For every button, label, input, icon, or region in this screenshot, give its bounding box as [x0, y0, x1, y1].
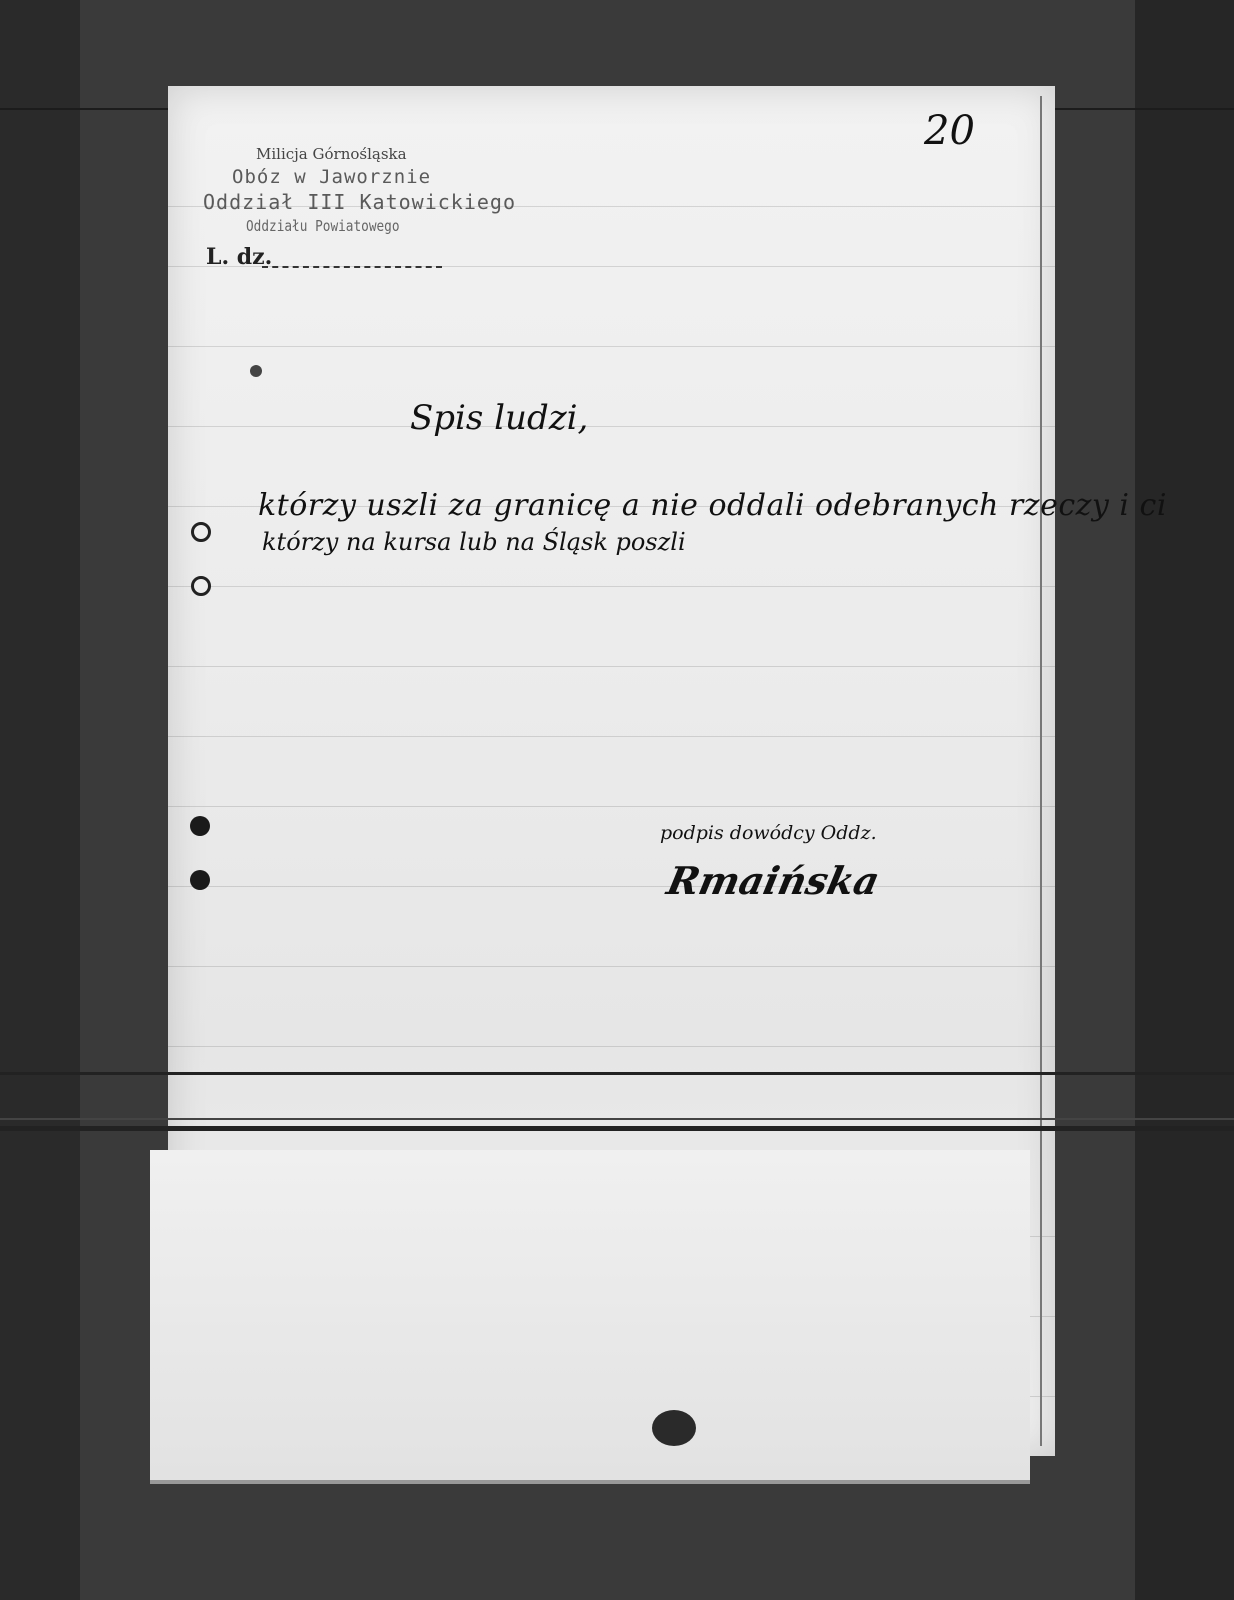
punch-hole-icon — [191, 522, 211, 542]
scan-artifact-band — [0, 1118, 1234, 1120]
page-margin-line — [1040, 96, 1042, 1446]
scan-artifact-band — [0, 1126, 1234, 1131]
stamp-line-4: Oddziału Powiatowego — [246, 217, 400, 235]
signature: Rmaińska — [663, 858, 883, 903]
document-title: Spis ludzi, — [410, 398, 588, 438]
punch-hole-icon — [191, 576, 211, 596]
stamp-line-3: Oddział III Katowickiego — [203, 190, 516, 214]
scan-background-left — [0, 0, 80, 1600]
signature-label: podpis dowódcy Oddz. — [660, 822, 877, 844]
body-line: którzy na kursa lub na Śląsk poszli — [262, 528, 686, 556]
document-page-lower — [150, 1150, 1030, 1484]
stamp-line-1: Milicja Górnośląska — [256, 145, 407, 163]
scan-background-right — [1135, 0, 1234, 1600]
page-number: 20 — [924, 108, 975, 154]
ink-stain — [652, 1410, 696, 1446]
body-line: którzy uszli za granicę a nie oddali ode… — [258, 488, 1167, 523]
punch-hole-icon — [190, 870, 210, 890]
stamp-line-2: Obóz w Jaworznie — [232, 166, 431, 188]
scan-artifact-band — [0, 1072, 1234, 1075]
punch-hole-icon — [190, 816, 210, 836]
ink-spot — [250, 365, 262, 377]
ldz-blank-line — [262, 266, 442, 268]
